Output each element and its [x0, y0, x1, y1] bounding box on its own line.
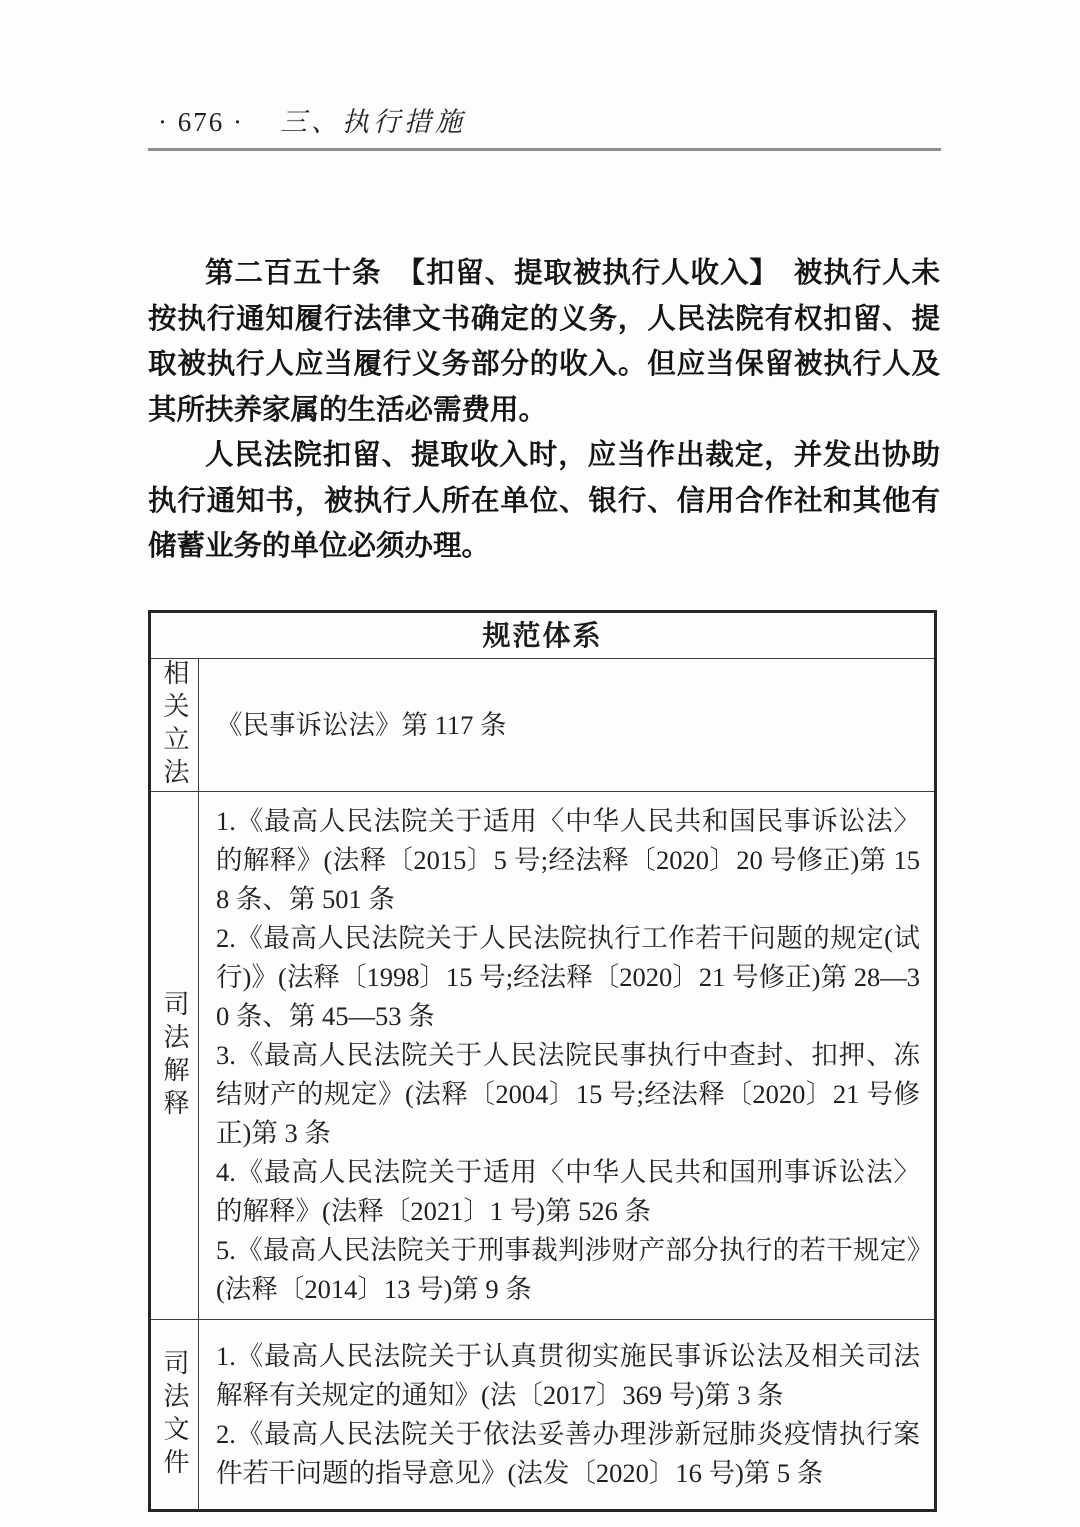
norm-system-table: 规范体系 相关立法 《民事诉讼法》第 117 条 司法解释 1.《最高人民法院关…: [148, 610, 937, 1512]
article-paragraph-2: 人民法院扣留、提取收入时，应当作出裁定，并发出协助执行通知书，被执行人所在单位、…: [148, 433, 940, 570]
row-content-cell: 1.《最高人民法院关于认真贯彻实施民事诉讼法及相关司法解释有关规定的通知》(法〔…: [199, 1320, 934, 1509]
table-title: 规范体系: [151, 613, 934, 659]
section-title: 三、执行措施: [280, 100, 466, 139]
header-rule: [148, 148, 941, 151]
row-label-cell: 相关立法: [151, 659, 199, 791]
table-row-related-legislation: 相关立法 《民事诉讼法》第 117 条: [151, 659, 934, 792]
citation-item: 5.《最高人民法院关于刑事裁判涉财产部分执行的若干规定》(法释〔2014〕13 …: [216, 1231, 920, 1309]
row-label: 司法解释: [156, 990, 193, 1122]
citation-item: 2.《最高人民法院关于依法妥善办理涉新冠肺炎疫情执行案件若干问题的指导意见》(法…: [216, 1415, 920, 1493]
page-header: · 676 · 三、执行措施: [158, 100, 466, 139]
row-label: 司法文件: [156, 1349, 193, 1481]
table-row-judicial-documents: 司法文件 1.《最高人民法院关于认真贯彻实施民事诉讼法及相关司法解释有关规定的通…: [151, 1320, 934, 1509]
row-label: 相关立法: [156, 659, 193, 791]
citation-item: 4.《最高人民法院关于适用〈中华人民共和国刑事诉讼法〉的解释》(法释〔2021〕…: [216, 1153, 920, 1231]
table-row-judicial-interpretations: 司法解释 1.《最高人民法院关于适用〈中华人民共和国民事诉讼法〉的解释》(法释〔…: [151, 792, 934, 1320]
citation-item: 1.《最高人民法院关于认真贯彻实施民事诉讼法及相关司法解释有关规定的通知》(法〔…: [216, 1337, 920, 1415]
article-text: 第二百五十条 【扣留、提取被执行人收入】 被执行人未按执行通知履行法律文书确定的…: [148, 251, 940, 570]
book-page: · 676 · 三、执行措施 第二百五十条 【扣留、提取被执行人收入】 被执行人…: [0, 0, 1080, 1527]
row-label-cell: 司法解释: [151, 792, 199, 1319]
citation-item: 3.《最高人民法院关于人民法院民事执行中查封、扣押、冻结财产的规定》(法释〔20…: [216, 1036, 920, 1153]
row-content-cell: 《民事诉讼法》第 117 条: [199, 659, 934, 791]
citation-item: 1.《最高人民法院关于适用〈中华人民共和国民事诉讼法〉的解释》(法释〔2015〕…: [216, 802, 920, 919]
row-label-cell: 司法文件: [151, 1320, 199, 1509]
article-paragraph-1: 第二百五十条 【扣留、提取被执行人收入】 被执行人未按执行通知履行法律文书确定的…: [148, 251, 940, 433]
page-number: · 676 ·: [158, 107, 244, 138]
row-content-cell: 1.《最高人民法院关于适用〈中华人民共和国民事诉讼法〉的解释》(法释〔2015〕…: [199, 792, 934, 1319]
citation-item: 2.《最高人民法院关于人民法院执行工作若干问题的规定(试行)》(法释〔1998〕…: [216, 919, 920, 1036]
citation-item: 《民事诉讼法》第 117 条: [216, 706, 920, 745]
